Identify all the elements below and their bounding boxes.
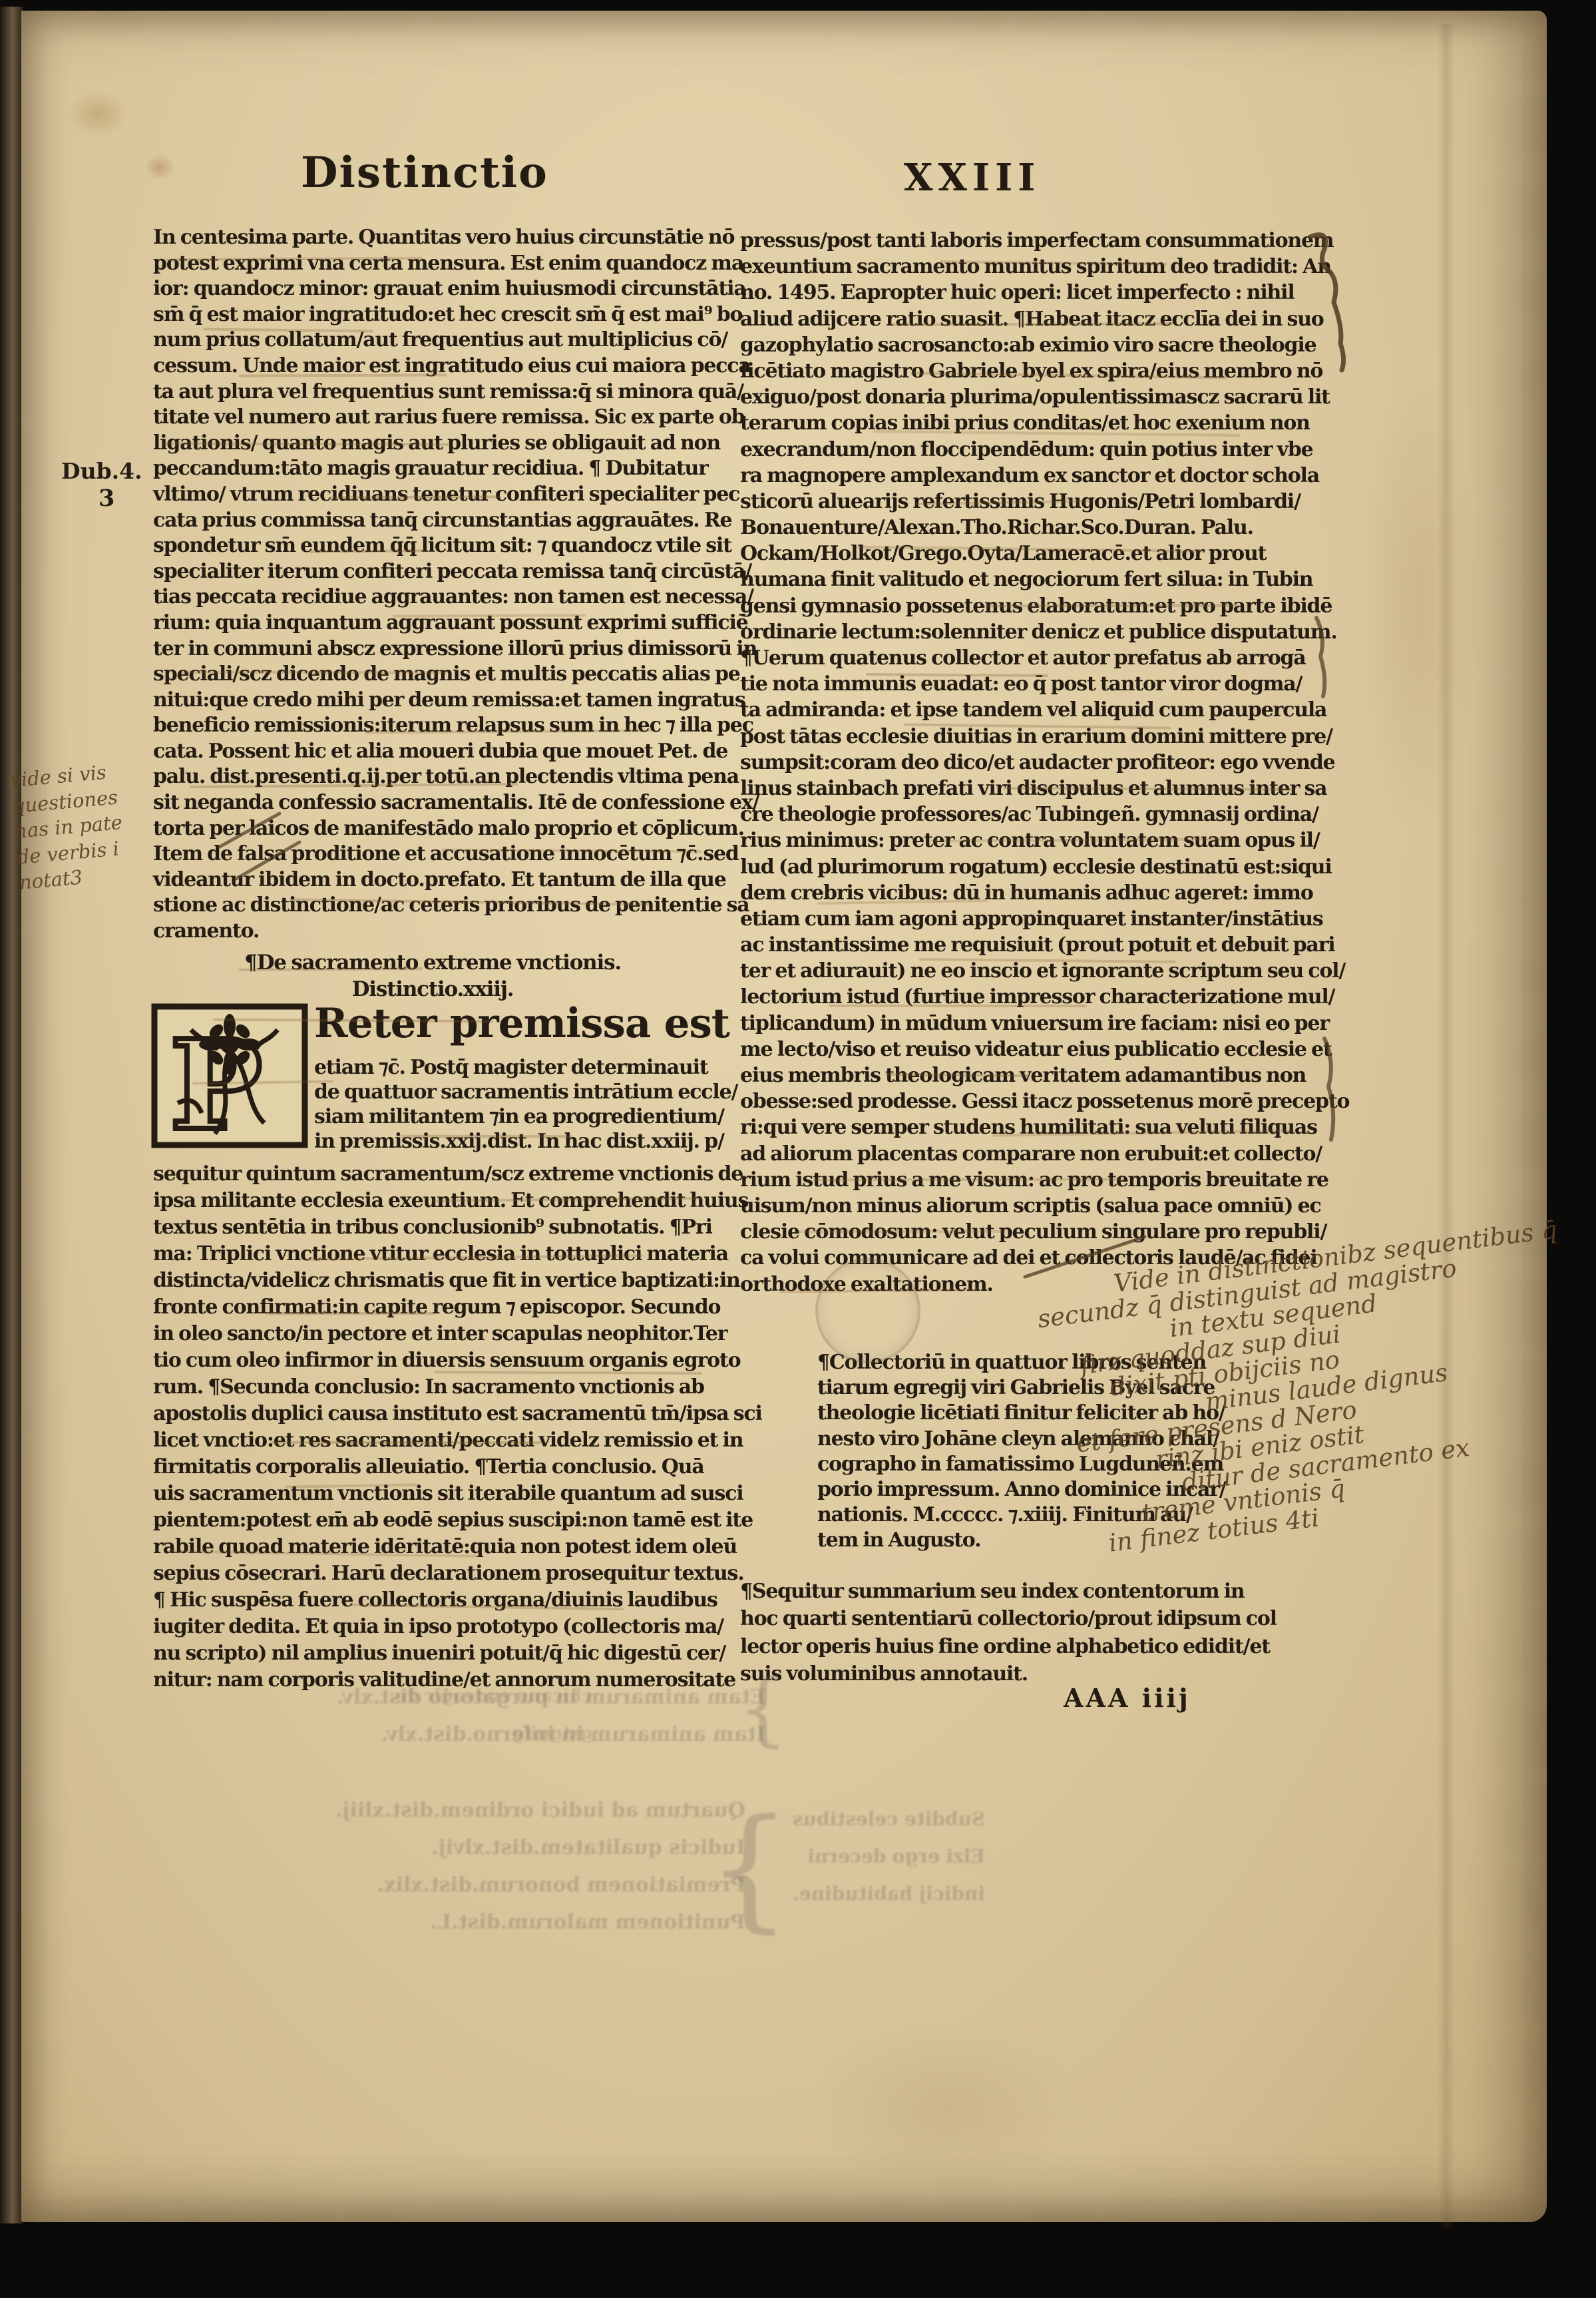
text-line: titate vel numero aut rarius fuere remis… (153, 405, 712, 431)
text-line: cramento. (153, 919, 712, 945)
text-line: siam militantem ⁊in ea progredientium/ (314, 1104, 713, 1129)
left-margin-manuscript-note: vide si visquestioneshas in patede verbi… (9, 758, 128, 895)
text-line: de quattuor sacramentis intrātium eccle/ (314, 1080, 713, 1104)
underline-stroke (829, 1005, 1087, 1007)
section-heading: ¶De sacramento extreme vnctionis. (153, 951, 712, 975)
text-line: rum. ¶Secunda conclusio: In sacramento v… (153, 1374, 712, 1401)
text-line: sm̄ q̄ est maior ingratitudo:et hec cres… (153, 302, 712, 328)
text-line: lud (ad plurimorum rogatum) ecclesie des… (740, 854, 1302, 880)
text-line: tiplicandum) in mūdum vniuersum ire faci… (740, 1011, 1302, 1036)
text-line: ta aut plura vel frequentius sunt remiss… (153, 379, 712, 405)
marginal-dubium-label: Dub.4. (61, 458, 142, 484)
text-line: sequitur quintum sacramentum/scz extreme… (153, 1161, 712, 1188)
text-line: licet vnctio:et res sacramenti/peccati v… (153, 1427, 712, 1454)
text-line: in premissis.xxij.dist. In hac dist.xxii… (314, 1129, 713, 1154)
text-line: uis sacramentum vnctionis sit iterabile … (153, 1481, 712, 1507)
text-line: Bonauenture/Alexan.Tho.Richar.Sco.Duran.… (740, 515, 1302, 541)
text-line: torta per laicos de manifestādo malo pro… (153, 816, 712, 842)
text-line: spondetur sm̄ eundem q̄q̄ licitum sit: ⁊… (153, 533, 712, 559)
bleedthrough-line: Quartum ad iudici ordinem.dist.xliij. (373, 1792, 745, 1829)
text-line: pressus/post tanti laboris imperfectam c… (740, 228, 1302, 254)
text-line: stione ac distinctione/ac ceteris priori… (153, 893, 712, 919)
text-line: speciali/scz dicendo de magnis et multis… (153, 662, 712, 688)
text-line: sumpsit:coram deo dico/et audacter profi… (740, 750, 1302, 776)
text-line: distincta/videlicz chrismatis que fit in… (153, 1267, 712, 1294)
text-line: pientem:potest em̄ ab eodē sepius suscip… (153, 1507, 712, 1534)
text-line: me lecto/viso et reuiso videatur eius pu… (740, 1036, 1302, 1062)
text-line: In centesima parte. Quantitas vero huius… (153, 225, 712, 251)
bleedthrough-line: indicij habitudine. (759, 1875, 985, 1913)
underline-stroke (401, 1135, 572, 1138)
text-line: lector operis huius fine ordine alphabet… (740, 1633, 1302, 1660)
text-line: sit neganda confessio sacramentalis. Itē… (153, 790, 712, 816)
text-line: tias peccata recidiue aggrauantes: non t… (153, 584, 712, 610)
text-line: nitui:que credo mihi per deum remissa:et… (153, 688, 712, 714)
bleedthrough-line: Iudicis qualitatem.dist.xlvij. (373, 1829, 745, 1867)
paper-stain (144, 154, 175, 180)
bleedthrough-line: Premiationem bonorum.dist.xlix. (373, 1867, 745, 1904)
text-line: exiguo/post donaria plurima/opulentissim… (740, 384, 1302, 410)
page-crease (1438, 24, 1455, 2227)
bleedthrough-line: Subdite celestibus (759, 1801, 985, 1838)
text-line: no. 1495. Eapropter huic operi: licet im… (740, 280, 1302, 306)
text-line: Item de falsa proditione et accusatione … (153, 841, 712, 867)
marginal-dubium-number: 3 (99, 485, 114, 512)
text-line: ri:qui vere semper studens humilitati: s… (740, 1114, 1302, 1140)
underline-stroke (813, 1178, 1125, 1181)
bleedthrough-line: gxtguilg (286, 1715, 592, 1752)
quire-signature: AAA iiij (1064, 1683, 1191, 1713)
opening-words-large: Reter premissa est (314, 1000, 729, 1047)
paper-stain (1359, 370, 1479, 836)
right-column-paragraph-1: pressus/post tanti laboris imperfectam c… (740, 228, 1302, 1297)
paper-stain (68, 91, 128, 137)
book-fore-edge (0, 7, 23, 2223)
text-line: specialiter iterum confiteri peccata rem… (153, 559, 712, 585)
bleedthrough-text: Subdite celestibusElzi ergo decerniindic… (759, 1801, 985, 1913)
running-header-folio-number: XXIII (904, 156, 1040, 200)
text-line: num prius collatum/aut frequentius aut m… (153, 328, 712, 353)
text-line: ordinarie lectum:solenniter denicz et pu… (740, 619, 1302, 645)
text-line: exeuntium sacramento munitus spiritum de… (740, 254, 1302, 280)
bleedthrough-line: Elzi ergo decerni (759, 1838, 985, 1875)
bleedthrough-line: chicano endeaglr de (286, 1678, 592, 1715)
text-line: uisum/non minus aliorum scriptis (salua … (740, 1193, 1302, 1219)
text-line: textus sentētia in tribus conclusionib⁹ … (153, 1214, 712, 1241)
text-line: obesse:sed prodesse. Gessi itacz possete… (740, 1088, 1302, 1114)
text-line: beneficio remissionis:iterum relapsus su… (153, 713, 712, 739)
text-line: ¶Sequitur summarium seu index contentoru… (740, 1578, 1302, 1605)
distinctio-heading: Distinctio.xxiij. (153, 977, 712, 1001)
text-line: sepius cōsecrari. Harū declarationem pro… (153, 1560, 712, 1587)
paper-stain (807, 2021, 1086, 2194)
underline-stroke (265, 1312, 434, 1315)
woodcut-initial-P: P (151, 1003, 308, 1148)
scanned-book-page: Distinctio XXIII In centesima parte. Qua… (0, 0, 1596, 2298)
text-line: suis voluminibus annotauit. (740, 1660, 1302, 1688)
bleedthrough-text: chicano endeaglr degxtguilg (286, 1678, 592, 1752)
text-line: fronte confirmati:in capite regum ⁊ epis… (153, 1294, 712, 1321)
text-line: ¶ Hic suspēsa fuere collectoris organa/d… (153, 1587, 712, 1614)
text-line: nu scripto) nil amplius inueniri potuit/… (153, 1640, 712, 1667)
text-line: gazophylatio sacrosancto:ab eximio viro … (740, 332, 1302, 358)
text-line: aliud adijcere ratio suasit. ¶Habeat ita… (740, 306, 1302, 332)
bleedthrough-brace: } (737, 1663, 788, 1755)
text-line: videantur ibidem in docto.prefato. Et ta… (153, 867, 712, 893)
text-line: ¶Uerum quatenus collector et autor prefa… (740, 645, 1302, 671)
text-beside-initial: etiam ⁊c̄. Postq̄ magister determinauitd… (314, 1055, 713, 1154)
text-line: firmitatis corporalis alleuiatio. ¶Terti… (153, 1454, 712, 1481)
text-line: etiam cum iam agoni appropinquaret insta… (740, 906, 1302, 932)
text-line: iugiter dedita. Et quia in ipso prototyp… (153, 1614, 712, 1640)
text-line: ad aliorum placentas comparare non erubu… (740, 1141, 1302, 1167)
left-column-paragraph-2: sequitur quintum sacramentum/scz extreme… (153, 1161, 712, 1694)
left-column-paragraph-1: In centesima parte. Quantitas vero huius… (153, 225, 712, 945)
text-line: etiam ⁊c̄. Postq̄ magister determinauit (314, 1055, 713, 1080)
text-line: cata. Possent hic et alia moueri dubia q… (153, 739, 712, 765)
bleedthrough-line: Punitionem malorum.dist.L. (373, 1904, 745, 1941)
text-line: vltimo/ vtrum recidiuans tenetur confite… (153, 482, 712, 508)
text-line: tio cum oleo infirmor in diuersis sensuu… (153, 1347, 712, 1374)
text-line: cre theologie professores/ac Tubingeñ. g… (740, 802, 1302, 827)
text-line: ac instantissime me requisiuit (prout po… (740, 932, 1302, 958)
stamp-impression (815, 1258, 920, 1363)
underline-stroke (984, 604, 1239, 607)
running-header-title: Distinctio (301, 148, 548, 198)
text-line: ter in communi abscz expressione illorū … (153, 636, 712, 662)
text-line: humana finit valitudo et negociorum fert… (740, 567, 1302, 592)
text-line: Ockam/Holkot/Grego.Oyta/Lameracē.et alio… (740, 541, 1302, 567)
summarium-paragraph: ¶Sequitur summarium seu index contentoru… (740, 1578, 1302, 1688)
bleedthrough-text: Quartum ad iudici ordinem.dist.xliij.Iud… (373, 1792, 745, 1941)
text-line: ter et adiurauit) ne eo inscio et ignora… (740, 958, 1302, 984)
text-line: apostolis duplici causa instituto est sa… (153, 1401, 712, 1427)
text-line: ra magnopere amplexandum ex sanctor et d… (740, 463, 1302, 489)
text-line: in oleo sancto/in pectore et inter scapu… (153, 1321, 712, 1347)
text-line: potest exprimi vna certa mensura. Est en… (153, 251, 712, 277)
text-line: cata prius commissa tanq̄ circunstantias… (153, 508, 712, 534)
text-line: licētiato magistro Gabriele byel ex spir… (740, 358, 1302, 384)
text-line: ta admiranda: et ipse tandem vel aliquid… (740, 697, 1302, 723)
text-line: peccandum:tāto magis grauatur recidiua. … (153, 456, 712, 482)
text-line: ior: quandocz minor: grauat enim huiusmo… (153, 276, 712, 302)
text-line: hoc quarti sententiarū collectorio/prout… (740, 1605, 1302, 1632)
text-line: execrandum/non floccipendēdum: quin poti… (740, 437, 1302, 463)
